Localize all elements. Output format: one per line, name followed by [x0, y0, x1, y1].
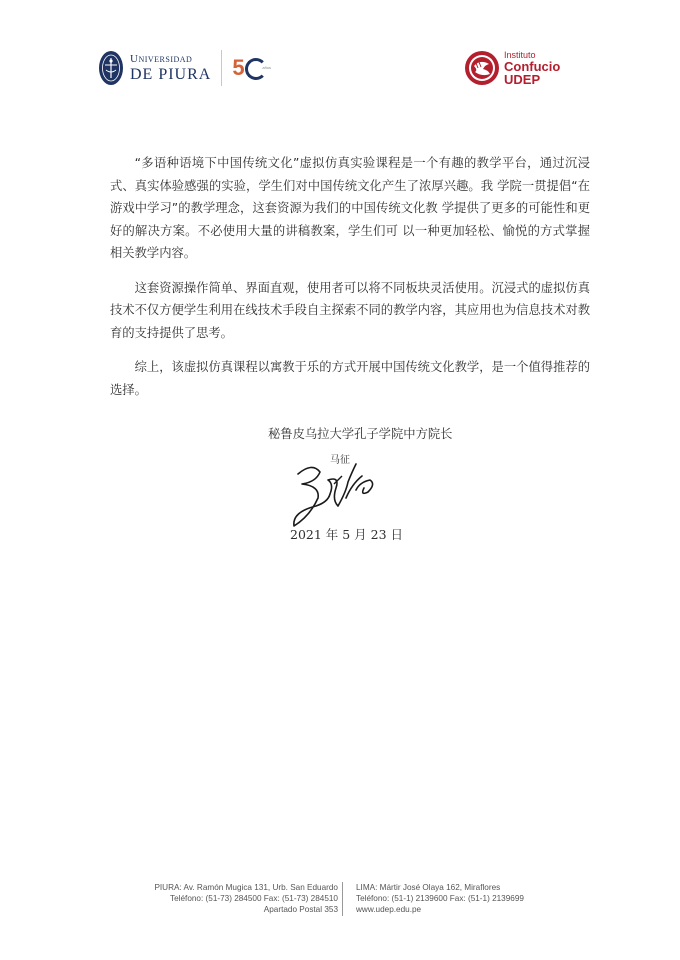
footer-piura-line2: Teléfono: (51-73) 284500 Fax: (51-73) 28… — [154, 893, 338, 904]
universidad-de-piura-logo: Universidad DE PIURA 5 años — [98, 50, 272, 86]
footer-piura-line1: PIURA: Av. Ramón Mugica 131, Urb. San Ed… — [154, 882, 338, 893]
instituto-confucio-logo: Instituto Confucio UDEP — [464, 50, 560, 86]
fifty-years-label: años — [262, 65, 271, 70]
confucio-line2: Confucio — [504, 60, 560, 73]
footer-website-link[interactable]: www.udep.edu.pe — [356, 904, 524, 915]
logo-divider — [221, 50, 222, 86]
letterhead: Universidad DE PIURA 5 años Instituto Co… — [0, 0, 680, 120]
fifty-years-mark: 5 años — [232, 53, 272, 83]
confucio-line3: UDEP — [504, 73, 560, 86]
letter-paragraph-1: “多语种语境下中国传统文化”虚拟仿真实验课程是一个有趣的教学平台，通过沉浸式、真… — [110, 152, 590, 265]
udep-seal-icon — [98, 50, 124, 86]
footer-divider — [342, 882, 343, 916]
letter-body: “多语种语境下中国传统文化”虚拟仿真实验课程是一个有趣的教学平台，通过沉浸式、真… — [110, 152, 590, 413]
footer-lima-address: LIMA: Mártir José Olaya 162, Miraflores … — [356, 882, 524, 915]
footer: PIURA: Av. Ramón Mugica 131, Urb. San Ed… — [0, 880, 680, 930]
fifty-digit-five: 5 — [232, 53, 244, 83]
footer-lima-line1: LIMA: Mártir José Olaya 162, Miraflores — [356, 882, 524, 893]
udep-name-line1: Universidad — [130, 54, 211, 65]
confucio-seal-icon — [464, 50, 500, 86]
signer-title: 秘鲁皮乌拉大学孔子学院中方院长 — [268, 424, 452, 442]
udep-name-line2: DE PIURA — [130, 67, 211, 83]
handwritten-signature — [290, 454, 400, 534]
footer-piura-line3: Apartado Postal 353 — [154, 904, 338, 915]
footer-lima-line2: Teléfono: (51-1) 2139600 Fax: (51-1) 213… — [356, 893, 524, 904]
footer-piura-address: PIURA: Av. Ramón Mugica 131, Urb. San Ed… — [154, 882, 338, 915]
letter-paragraph-3: 综上，该虚拟仿真课程以寓教于乐的方式开展中国传统文化教学，是一个值得推荐的选择。 — [110, 356, 590, 401]
letter-paragraph-2: 这套资源操作简单、界面直观，使用者可以将不同板块灵活使用。沉浸式的虚拟仿真技术不… — [110, 277, 590, 345]
letter-date: 2021 年 5 月 23 日 — [290, 525, 403, 543]
